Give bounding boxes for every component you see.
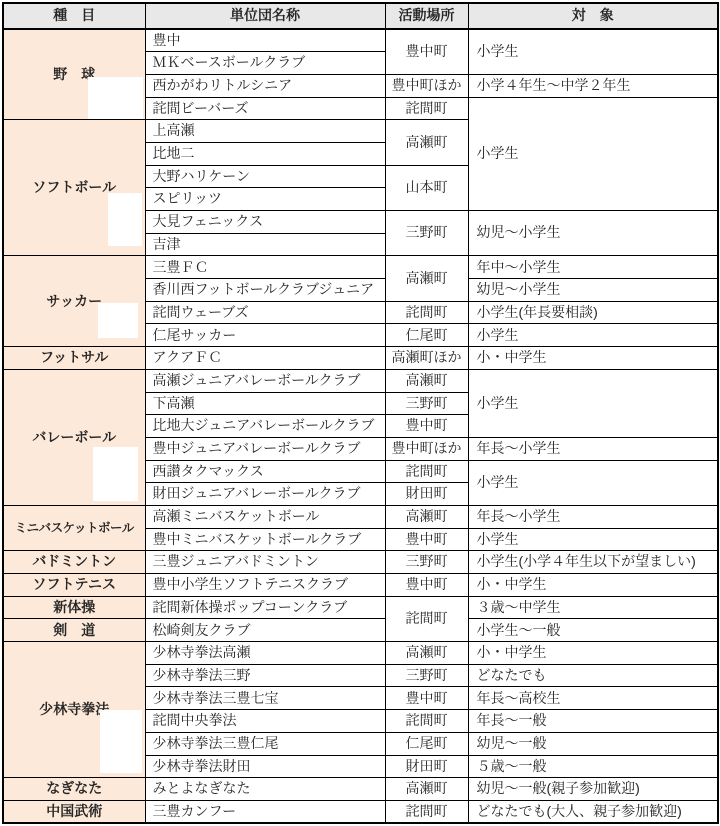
place-text: 高瀬町 bbox=[406, 134, 448, 150]
target-text: 幼児～一般(親子参加歓迎) bbox=[477, 780, 640, 796]
club-cell: 豊中ミニバスケットボールクラブ bbox=[145, 528, 385, 551]
category-text: バドミントン bbox=[32, 553, 116, 569]
club-text: ＭＫベースボールクラブ bbox=[153, 54, 306, 70]
place-cell: 仁尾町 bbox=[385, 732, 468, 755]
target-cell: どなたでも bbox=[468, 664, 718, 687]
place-text: 三野町 bbox=[406, 553, 448, 569]
place-cell: 三野町 bbox=[385, 211, 468, 256]
category-cell: 野 球 bbox=[3, 29, 145, 120]
club-text: 大野ハリケーン bbox=[153, 168, 250, 184]
category-text: 中国武術 bbox=[46, 803, 102, 819]
place-text: 財田町 bbox=[406, 485, 448, 501]
target-text: 小学４年生～中学２年生 bbox=[477, 77, 631, 93]
club-text: 詫間新体操ポップコーンクラブ bbox=[153, 599, 348, 615]
target-text: 小・中学生 bbox=[477, 349, 547, 365]
club-cell: 豊中 bbox=[145, 29, 385, 52]
target-cell: ３歳～中学生 bbox=[468, 596, 718, 619]
club-text: 豊中 bbox=[153, 32, 181, 48]
target-cell: 小学生 bbox=[468, 460, 718, 505]
club-text: 詫間ビーバーズ bbox=[153, 100, 249, 116]
target-text: 年長～小学生 bbox=[477, 440, 561, 456]
target-cell: 年長～小学生 bbox=[468, 437, 718, 460]
target-text: 小学生 bbox=[477, 474, 519, 490]
place-cell: 仁尾町 bbox=[385, 324, 468, 347]
place-cell: 豊中町 bbox=[385, 528, 468, 551]
target-cell: 年長～小学生 bbox=[468, 505, 718, 528]
club-text: 少林寺拳法三豊仁尾 bbox=[153, 735, 279, 751]
place-text: 三野町 bbox=[406, 395, 448, 411]
club-text: 財田ジュニアバレーボールクラブ bbox=[153, 485, 361, 501]
table-row: 中国武術三豊カンフー詫間町どなたでも(大人、親子参加歓迎) bbox=[3, 800, 718, 823]
place-cell: 豊中町ほか bbox=[385, 437, 468, 460]
club-cell: 三豊カンフー bbox=[145, 800, 385, 823]
club-text: みとよなぎなた bbox=[153, 780, 251, 796]
club-text: 三豊カンフー bbox=[153, 803, 237, 819]
club-text: 豊中小学生ソフトテニスクラブ bbox=[153, 576, 348, 592]
category-cell: 中国武術 bbox=[3, 800, 145, 823]
target-cell: 年長～一般 bbox=[468, 710, 718, 733]
place-cell: 財田町 bbox=[385, 755, 468, 778]
place-text: 三野町 bbox=[406, 667, 448, 683]
table-row: ミニバスケットボール高瀬ミニバスケットボール高瀬町年長～小学生 bbox=[3, 505, 718, 528]
target-cell: 年長～高校生 bbox=[468, 687, 718, 710]
category-cell: サッカー bbox=[3, 256, 145, 347]
club-cell: 豊中ジュニアバレーボールクラブ bbox=[145, 437, 385, 460]
table-row: バレーボール高瀬ジュニアバレーボールクラブ高瀬町小学生 bbox=[3, 369, 718, 392]
club-cell: 少林寺拳法財田 bbox=[145, 755, 385, 778]
whiteout-patch bbox=[98, 303, 138, 338]
club-cell: 高瀬ジュニアバレーボールクラブ bbox=[145, 369, 385, 392]
club-cell: 上高瀬 bbox=[145, 120, 385, 143]
table-body: 野 球豊中豊中町小学生ＭＫベースボールクラブ西かがわリトルシニア豊中町ほか小学４… bbox=[3, 29, 718, 823]
category-text: フットサル bbox=[40, 349, 108, 365]
club-cell: 詫間中央拳法 bbox=[145, 710, 385, 733]
place-cell: 高瀬町 bbox=[385, 256, 468, 301]
place-cell: 高瀬町 bbox=[385, 369, 468, 392]
target-text: 幼児～小学生 bbox=[477, 224, 561, 240]
place-text: 豊中町 bbox=[406, 417, 448, 433]
club-cell: 少林寺拳法高瀬 bbox=[145, 642, 385, 665]
target-cell: 幼児～小学生 bbox=[468, 211, 718, 256]
target-text: どなたでも(大人、親子参加歓迎) bbox=[477, 803, 682, 819]
place-cell: 詫間町 bbox=[385, 710, 468, 733]
target-text: 小学生 bbox=[477, 395, 519, 411]
club-cell: 財田ジュニアバレーボールクラブ bbox=[145, 483, 385, 506]
whiteout-patch bbox=[108, 193, 142, 246]
place-cell: 高瀬町 bbox=[385, 505, 468, 528]
table-row: バドミントン三豊ジュニアバドミントン三野町小学生(小学４年生以下が望ましい) bbox=[3, 551, 718, 574]
club-text: 三豊ジュニアバドミントン bbox=[153, 553, 319, 569]
target-cell: 小学４年生～中学２年生 bbox=[468, 74, 718, 97]
category-cell: ソフトボール bbox=[3, 120, 145, 256]
club-text: 松崎剣友クラブ bbox=[153, 622, 251, 638]
club-cell: 仁尾サッカー bbox=[145, 324, 385, 347]
club-text: 下高瀬 bbox=[153, 395, 195, 411]
club-cell: 詫間新体操ポップコーンクラブ bbox=[145, 596, 385, 619]
target-text: 小学生(小学４年生以下が望ましい) bbox=[477, 553, 696, 569]
place-text: 詫間町 bbox=[406, 304, 448, 320]
target-cell: 幼児～一般(親子参加歓迎) bbox=[468, 778, 718, 801]
category-cell: ミニバスケットボール bbox=[3, 505, 145, 550]
target-cell: どなたでも(大人、親子参加歓迎) bbox=[468, 800, 718, 823]
club-cell: スピリッツ bbox=[145, 188, 385, 211]
target-text: 年長～小学生 bbox=[477, 508, 561, 524]
place-text: 仁尾町 bbox=[406, 327, 448, 343]
place-text: 仁尾町 bbox=[406, 735, 448, 751]
category-text: サッカー bbox=[46, 293, 102, 309]
target-text: 小学生(年長要相談) bbox=[477, 304, 598, 320]
table-row: 新体操詫間新体操ポップコーンクラブ詫間町３歳～中学生 bbox=[3, 596, 718, 619]
target-text: 小学生 bbox=[477, 43, 519, 59]
category-cell: 剣 道 bbox=[3, 619, 145, 642]
club-text: 詫間中央拳法 bbox=[153, 712, 237, 728]
club-cell: 比地二 bbox=[145, 142, 385, 165]
club-text: アクアＦＣ bbox=[153, 349, 223, 365]
place-cell: 山本町 bbox=[385, 165, 468, 210]
category-text: ソフトテニス bbox=[33, 576, 116, 592]
club-text: 高瀬ミニバスケットボール bbox=[153, 508, 320, 524]
table-row: 野 球豊中豊中町小学生 bbox=[3, 29, 718, 52]
place-text: 詫間町 bbox=[406, 803, 448, 819]
target-cell: 小学生 bbox=[468, 369, 718, 437]
club-text: 少林寺拳法三野 bbox=[153, 667, 251, 683]
place-text: 詫間町 bbox=[406, 610, 448, 626]
place-text: 豊中町 bbox=[406, 43, 448, 59]
place-cell: 高瀬町 bbox=[385, 642, 468, 665]
place-text: 高瀬町 bbox=[406, 270, 448, 286]
place-cell: 高瀬町 bbox=[385, 778, 468, 801]
club-cell: 西讃タクマックス bbox=[145, 460, 385, 483]
club-cell: 松崎剣友クラブ bbox=[145, 619, 385, 642]
club-cell: 吉津 bbox=[145, 233, 385, 256]
target-cell: ５歳～一般 bbox=[468, 755, 718, 778]
target-cell: 小学生～一般 bbox=[468, 619, 718, 642]
club-text: 比地大ジュニアバレーボールクラブ bbox=[153, 417, 375, 433]
place-cell: 詫間町 bbox=[385, 460, 468, 483]
category-cell: 少林寺拳法 bbox=[3, 642, 145, 778]
club-text: 詫間ウェーブズ bbox=[153, 304, 249, 320]
club-text: 少林寺拳法高瀬 bbox=[153, 644, 251, 660]
target-text: 年中～小学生 bbox=[477, 259, 561, 275]
category-cell: バレーボール bbox=[3, 369, 145, 505]
page: 種 目 単位団名称 活動場所 対 象 野 球豊中豊中町小学生ＭＫベースボールクラ… bbox=[0, 0, 720, 826]
category-text: バレーボール bbox=[32, 429, 116, 445]
club-cell: みとよなぎなた bbox=[145, 778, 385, 801]
category-cell: ソフトテニス bbox=[3, 574, 145, 597]
category-cell: バドミントン bbox=[3, 551, 145, 574]
table-row: サッカー三豊ＦＣ高瀬町年中～小学生 bbox=[3, 256, 718, 279]
target-text: 小学生 bbox=[477, 145, 519, 161]
table-row: 剣 道松崎剣友クラブ小学生～一般 bbox=[3, 619, 718, 642]
target-cell: 小・中学生 bbox=[468, 347, 718, 370]
club-cell: 豊中小学生ソフトテニスクラブ bbox=[145, 574, 385, 597]
club-cell: アクアＦＣ bbox=[145, 347, 385, 370]
header-activity-place: 活動場所 bbox=[385, 3, 468, 29]
category-text: なぎなた bbox=[46, 780, 102, 796]
category-cell: なぎなた bbox=[3, 778, 145, 801]
target-text: 小・中学生 bbox=[477, 644, 547, 660]
place-text: 豊中町 bbox=[406, 690, 448, 706]
category-text: ミニバスケットボール bbox=[15, 521, 134, 535]
target-cell: 小・中学生 bbox=[468, 574, 718, 597]
category-text: 剣 道 bbox=[53, 622, 95, 638]
place-text: 高瀬町 bbox=[406, 508, 448, 524]
category-cell: フットサル bbox=[3, 347, 145, 370]
place-cell: 豊中町 bbox=[385, 415, 468, 438]
table-row: フットサルアクアＦＣ高瀬町ほか小・中学生 bbox=[3, 347, 718, 370]
whiteout-patch bbox=[100, 710, 142, 773]
club-text: 西かがわリトルシニア bbox=[153, 77, 293, 93]
place-text: 三野町 bbox=[406, 224, 448, 240]
place-text: 高瀬町 bbox=[406, 644, 448, 660]
place-text: 財田町 bbox=[406, 758, 448, 774]
place-text: 山本町 bbox=[406, 179, 448, 195]
club-cell: 大野ハリケーン bbox=[145, 165, 385, 188]
place-cell: 三野町 bbox=[385, 392, 468, 415]
target-cell: 幼児～一般 bbox=[468, 732, 718, 755]
club-text: 上高瀬 bbox=[153, 122, 195, 138]
place-cell: 三野町 bbox=[385, 551, 468, 574]
club-cell: ＭＫベースボールクラブ bbox=[145, 52, 385, 75]
club-text: スピリッツ bbox=[153, 190, 222, 206]
target-text: 幼児～小学生 bbox=[477, 281, 561, 297]
club-cell: 三豊ＦＣ bbox=[145, 256, 385, 279]
club-cell: 詫間ウェーブズ bbox=[145, 301, 385, 324]
place-cell: 豊中町ほか bbox=[385, 74, 468, 97]
whiteout-patch bbox=[88, 77, 143, 119]
place-cell: 豊中町 bbox=[385, 687, 468, 710]
place-cell: 詫間町 bbox=[385, 301, 468, 324]
category-text: ソフトボール bbox=[32, 179, 116, 195]
header-target: 対 象 bbox=[468, 3, 718, 29]
target-text: 年長～高校生 bbox=[477, 690, 561, 706]
club-cell: 高瀬ミニバスケットボール bbox=[145, 505, 385, 528]
table-row: ソフトテニス豊中小学生ソフトテニスクラブ豊中町小・中学生 bbox=[3, 574, 718, 597]
club-text: 比地二 bbox=[153, 145, 195, 161]
header-row: 種 目 単位団名称 活動場所 対 象 bbox=[3, 3, 718, 29]
club-cell: 少林寺拳法三野 bbox=[145, 664, 385, 687]
target-cell: 小学生 bbox=[468, 528, 718, 551]
table-row: 少林寺拳法少林寺拳法高瀬高瀬町小・中学生 bbox=[3, 642, 718, 665]
place-cell: 豊中町 bbox=[385, 29, 468, 74]
target-text: どなたでも bbox=[477, 667, 547, 683]
club-cell: 詫間ビーバーズ bbox=[145, 97, 385, 120]
club-cell: 下高瀬 bbox=[145, 392, 385, 415]
target-text: 小・中学生 bbox=[477, 576, 547, 592]
table-header: 種 目 単位団名称 活動場所 対 象 bbox=[3, 3, 718, 29]
target-text: 小学生 bbox=[477, 531, 519, 547]
target-text: 小学生 bbox=[477, 327, 519, 343]
club-text: 大見フェニックス bbox=[153, 213, 264, 229]
club-text: 少林寺拳法三豊七宝 bbox=[153, 690, 279, 706]
club-cell: 少林寺拳法三豊仁尾 bbox=[145, 732, 385, 755]
target-cell: 小学生 bbox=[468, 97, 718, 210]
place-text: 豊中町ほか bbox=[392, 440, 462, 456]
target-cell: 小学生(小学４年生以下が望ましい) bbox=[468, 551, 718, 574]
place-text: 高瀬町 bbox=[406, 372, 448, 388]
target-cell: 年中～小学生 bbox=[468, 256, 718, 279]
category-cell: 新体操 bbox=[3, 596, 145, 619]
place-text: 高瀬町 bbox=[406, 780, 448, 796]
club-text: 三豊ＦＣ bbox=[153, 259, 209, 275]
target-cell: 小学生 bbox=[468, 324, 718, 347]
club-text: 豊中ジュニアバレーボールクラブ bbox=[153, 440, 361, 456]
club-cell: 少林寺拳法三豊七宝 bbox=[145, 687, 385, 710]
place-cell: 詫間町 bbox=[385, 596, 468, 641]
whiteout-patch bbox=[93, 447, 138, 501]
place-cell: 詫間町 bbox=[385, 800, 468, 823]
place-text: 豊中町 bbox=[406, 531, 448, 547]
sports-club-table: 種 目 単位団名称 活動場所 対 象 野 球豊中豊中町小学生ＭＫベースボールクラ… bbox=[2, 2, 719, 824]
place-cell: 三野町 bbox=[385, 664, 468, 687]
club-text: 吉津 bbox=[153, 236, 181, 252]
place-cell: 高瀬町 bbox=[385, 120, 468, 165]
place-text: 豊中町ほか bbox=[392, 77, 462, 93]
header-category: 種 目 bbox=[3, 3, 145, 29]
target-cell: 小学生 bbox=[468, 29, 718, 74]
category-text: 新体操 bbox=[53, 599, 95, 615]
club-text: 香川西フットボールクラブジュニア bbox=[153, 281, 375, 297]
place-cell: 詫間町 bbox=[385, 97, 468, 120]
club-text: 高瀬ジュニアバレーボールクラブ bbox=[153, 372, 361, 388]
place-text: 詫間町 bbox=[406, 463, 448, 479]
club-cell: 香川西フットボールクラブジュニア bbox=[145, 279, 385, 302]
club-text: 豊中ミニバスケットボールクラブ bbox=[153, 531, 362, 547]
target-text: ５歳～一般 bbox=[477, 758, 547, 774]
header-club-name: 単位団名称 bbox=[145, 3, 385, 29]
target-text: 小学生～一般 bbox=[477, 622, 561, 638]
club-text: 仁尾サッカー bbox=[153, 327, 237, 343]
table-row: なぎなたみとよなぎなた高瀬町幼児～一般(親子参加歓迎) bbox=[3, 778, 718, 801]
club-cell: 比地大ジュニアバレーボールクラブ bbox=[145, 415, 385, 438]
category-text: 少林寺拳法 bbox=[39, 701, 109, 717]
place-text: 詫間町 bbox=[406, 712, 448, 728]
target-text: 年長～一般 bbox=[477, 712, 547, 728]
place-cell: 財田町 bbox=[385, 483, 468, 506]
place-text: 詫間町 bbox=[406, 100, 448, 116]
club-text: 少林寺拳法財田 bbox=[153, 758, 251, 774]
club-text: 西讃タクマックス bbox=[153, 463, 264, 479]
place-text: 豊中町 bbox=[406, 576, 448, 592]
target-cell: 幼児～小学生 bbox=[468, 279, 718, 302]
club-cell: 大見フェニックス bbox=[145, 211, 385, 234]
place-cell: 高瀬町ほか bbox=[385, 347, 468, 370]
target-text: 幼児～一般 bbox=[477, 735, 547, 751]
target-cell: 小学生(年長要相談) bbox=[468, 301, 718, 324]
club-cell: 三豊ジュニアバドミントン bbox=[145, 551, 385, 574]
place-text: 高瀬町ほか bbox=[392, 349, 462, 365]
target-text: ３歳～中学生 bbox=[477, 599, 561, 615]
target-cell: 小・中学生 bbox=[468, 642, 718, 665]
club-cell: 西かがわリトルシニア bbox=[145, 74, 385, 97]
place-cell: 豊中町 bbox=[385, 574, 468, 597]
